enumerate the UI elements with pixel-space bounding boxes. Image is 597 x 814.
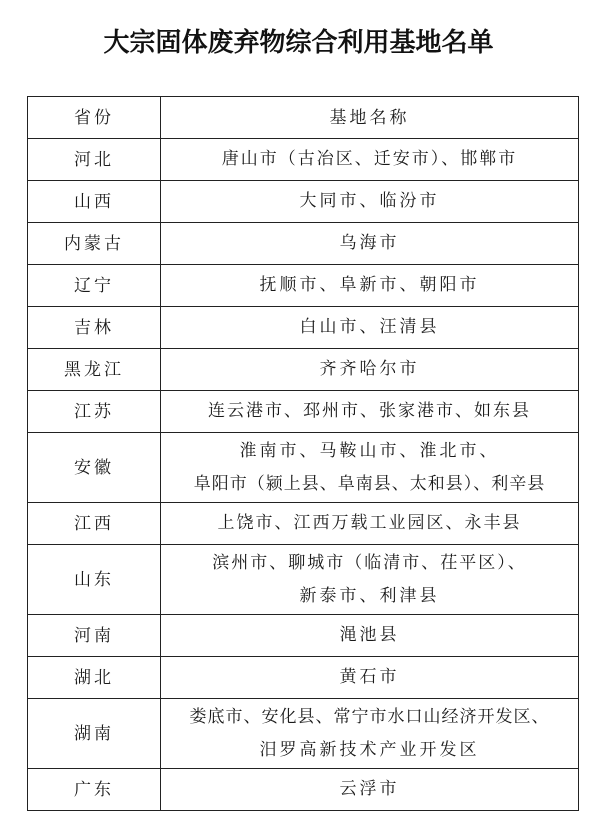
- base-name-line: 阜阳市（颍上县、阜南县、太和县）、利辛县: [161, 468, 578, 501]
- table-row: 湖北黄石市: [28, 657, 579, 699]
- base-name-line: 唐山市（古冶区、迁安市）、邯郸市: [161, 143, 578, 176]
- province-cell: 辽宁: [28, 265, 161, 307]
- base-name-cell: 大同市、临汾市: [161, 181, 579, 223]
- province-cell: 黑龙江: [28, 349, 161, 391]
- table-row: 河南渑池县: [28, 615, 579, 657]
- base-name-line: 新泰市、利津县: [161, 580, 578, 613]
- province-cell: 广东: [28, 769, 161, 811]
- province-cell: 江西: [28, 503, 161, 545]
- table-row: 江苏连云港市、邳州市、张家港市、如东县: [28, 391, 579, 433]
- province-cell: 山西: [28, 181, 161, 223]
- base-name-line: 黄石市: [161, 661, 578, 694]
- table-row: 河北唐山市（古冶区、迁安市）、邯郸市: [28, 139, 579, 181]
- table-row: 内蒙古乌海市: [28, 223, 579, 265]
- table-row: 江西上饶市、江西万载工业园区、永丰县: [28, 503, 579, 545]
- base-name-cell: 滨州市、聊城市（临清市、茌平区）、新泰市、利津县: [161, 545, 579, 615]
- province-cell: 内蒙古: [28, 223, 161, 265]
- base-name-line: 云浮市: [161, 773, 578, 806]
- base-name-line: 淮南市、马鞍山市、淮北市、: [161, 435, 578, 468]
- base-name-cell: 云浮市: [161, 769, 579, 811]
- province-cell: 湖北: [28, 657, 161, 699]
- base-name-cell: 上饶市、江西万载工业园区、永丰县: [161, 503, 579, 545]
- base-name-line: 娄底市、安化县、常宁市水口山经济开发区、: [161, 701, 578, 734]
- base-name-line: 滨州市、聊城市（临清市、茌平区）、: [161, 547, 578, 580]
- province-cell: 江苏: [28, 391, 161, 433]
- header-base-name: 基地名称: [161, 97, 579, 139]
- province-cell: 吉林: [28, 307, 161, 349]
- base-name-line: 渑池县: [161, 619, 578, 652]
- base-name-cell: 连云港市、邳州市、张家港市、如东县: [161, 391, 579, 433]
- base-name-cell: 唐山市（古冶区、迁安市）、邯郸市: [161, 139, 579, 181]
- province-cell: 湖南: [28, 699, 161, 769]
- base-name-line: 连云港市、邳州市、张家港市、如东县: [161, 395, 578, 428]
- province-cell: 安徽: [28, 433, 161, 503]
- table-row: 辽宁抚顺市、阜新市、朝阳市: [28, 265, 579, 307]
- table-header-row: 省份 基地名称: [28, 97, 579, 139]
- header-province: 省份: [28, 97, 161, 139]
- base-name-line: 汨罗高新技术产业开发区: [161, 734, 578, 767]
- table-row: 广东云浮市: [28, 769, 579, 811]
- base-name-cell: 抚顺市、阜新市、朝阳市: [161, 265, 579, 307]
- table-row: 山东滨州市、聊城市（临清市、茌平区）、新泰市、利津县: [28, 545, 579, 615]
- table-row: 吉林白山市、汪清县: [28, 307, 579, 349]
- base-name-cell: 淮南市、马鞍山市、淮北市、阜阳市（颍上县、阜南县、太和县）、利辛县: [161, 433, 579, 503]
- base-name-cell: 白山市、汪清县: [161, 307, 579, 349]
- base-name-cell: 娄底市、安化县、常宁市水口山经济开发区、汨罗高新技术产业开发区: [161, 699, 579, 769]
- base-name-cell: 渑池县: [161, 615, 579, 657]
- province-cell: 山东: [28, 545, 161, 615]
- document-title: 大宗固体废弃物综合利用基地名单: [0, 22, 597, 59]
- table-row: 湖南娄底市、安化县、常宁市水口山经济开发区、汨罗高新技术产业开发区: [28, 699, 579, 769]
- base-name-line: 抚顺市、阜新市、朝阳市: [161, 269, 578, 302]
- base-name-line: 白山市、汪清县: [161, 311, 578, 344]
- table-row: 黑龙江齐齐哈尔市: [28, 349, 579, 391]
- province-cell: 河南: [28, 615, 161, 657]
- base-name-cell: 齐齐哈尔市: [161, 349, 579, 391]
- table-row: 安徽淮南市、马鞍山市、淮北市、阜阳市（颍上县、阜南县、太和县）、利辛县: [28, 433, 579, 503]
- base-name-line: 大同市、临汾市: [161, 185, 578, 218]
- base-name-cell: 黄石市: [161, 657, 579, 699]
- base-list-table: 省份 基地名称 河北唐山市（古冶区、迁安市）、邯郸市山西大同市、临汾市内蒙古乌海…: [27, 96, 579, 811]
- table-row: 山西大同市、临汾市: [28, 181, 579, 223]
- base-name-line: 乌海市: [161, 227, 578, 260]
- province-cell: 河北: [28, 139, 161, 181]
- base-name-line: 上饶市、江西万载工业园区、永丰县: [161, 507, 578, 540]
- base-name-cell: 乌海市: [161, 223, 579, 265]
- base-name-line: 齐齐哈尔市: [161, 353, 578, 386]
